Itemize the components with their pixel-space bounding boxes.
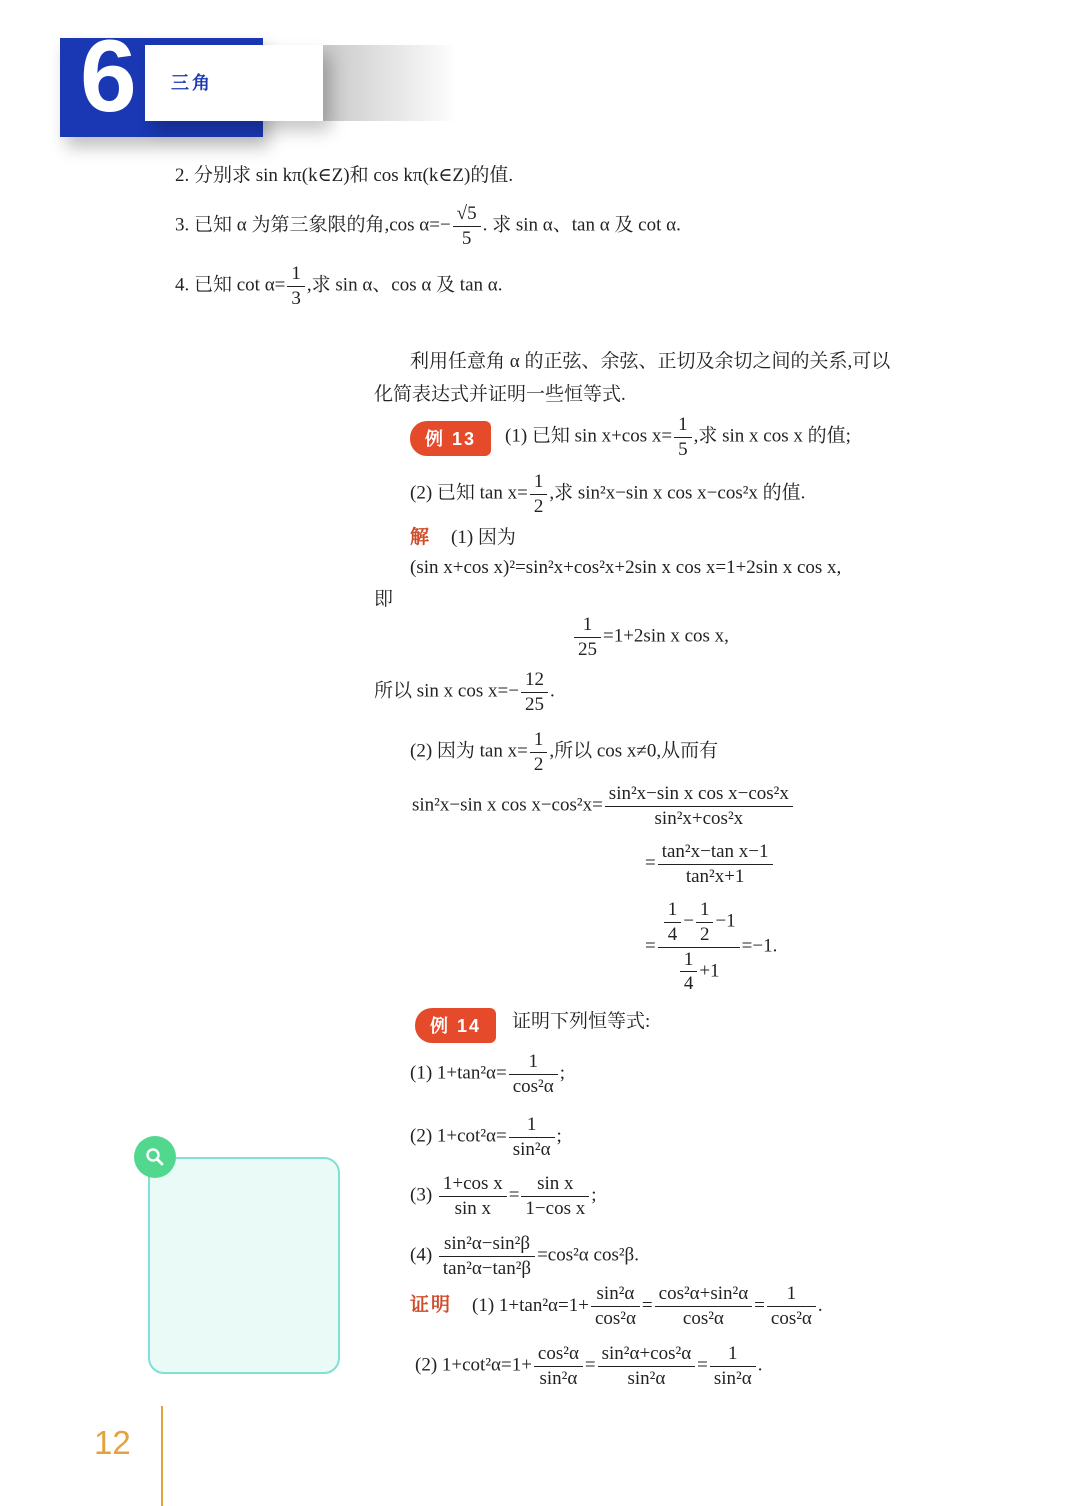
chapter-title: 三角	[171, 69, 213, 95]
example-14-item-1: (1) 1+tan²α=1cos²α;	[410, 1050, 565, 1099]
example-13-badge: 例 13	[410, 421, 491, 456]
solution-head-line: 解(1) 因为	[410, 526, 516, 551]
page-number: 12	[94, 1424, 131, 1462]
example-13-part-1: (1) 已知 sin x+cos x=15,求 sin x cos x 的值;	[505, 413, 851, 462]
intro-line-2: 化简表达式并证明一些恒等式.	[374, 383, 626, 408]
proof-line-2: (2) 1+cot²α=1+cos²αsin²α=sin²α+cos²αsin²…	[415, 1342, 762, 1391]
proof-line-1: (1) 1+tan²α=1+sin²αcos²α=cos²α+sin²αcos²…	[472, 1295, 823, 1316]
magnifier-icon	[134, 1136, 176, 1178]
solution-eq-3: 所以 sin x cos x=−1225.	[374, 668, 555, 717]
solution-eq-6: =14−12−114+1=−1.	[645, 898, 777, 996]
chapter-number: 6	[80, 20, 137, 132]
example-14-item-2: (2) 1+cot²α=1sin²α;	[410, 1113, 562, 1162]
solution-part2-head: (2) 因为 tan x=12,所以 cos x≠0,从而有	[410, 728, 718, 777]
example-14-item-3: (3) 1+cos xsin x=sin x1−cos x;	[410, 1172, 597, 1221]
solution-label: 解	[410, 527, 431, 548]
example-14-item-4: (4) sin²α−sin²βtan²α−tan²β=cos²α cos²β.	[410, 1232, 639, 1281]
example-14-head: 证明下列恒等式:	[512, 1010, 650, 1035]
solution-then: 即	[374, 588, 393, 613]
example-13-part-2: (2) 已知 tan x=12,求 sin²x−sin x cos x−cos²…	[410, 470, 805, 519]
solution-eq-5: =tan²x−tan x−1tan²x+1	[645, 840, 775, 889]
solution-eq-4: sin²x−sin x cos x−cos²x=sin²x−sin x cos …	[412, 782, 795, 831]
solution-eq-2: 125=1+2sin x cos x,	[572, 613, 729, 662]
note-box	[148, 1157, 340, 1374]
intro-line-1: 利用任意角 α 的正弦、余弦、正切及余切之间的关系,可以	[410, 350, 890, 375]
solution-eq-1: (sin x+cos x)²=sin²x+cos²x+2sin x cos x=…	[410, 556, 841, 581]
proof-label: 证明	[410, 1295, 452, 1316]
exercise-item-3: 3. 已知 α 为第三象限的角,cos α=−√55. 求 sin α、tan …	[175, 202, 681, 251]
magnifier-glyph	[143, 1145, 167, 1169]
textbook-page: 6 三角 2. 分别求 sin kπ(k∈Z)和 cos kπ(k∈Z)的值. …	[0, 0, 1080, 1506]
exercise-item-4: 4. 已知 cot α=13,求 sin α、cos α 及 tan α.	[175, 262, 502, 311]
chapter-tab-shadow	[323, 45, 458, 121]
footer-rule	[161, 1406, 163, 1506]
proof-line-1-wrap: 证明(1) 1+tan²α=1+sin²αcos²α=cos²α+sin²αco…	[410, 1282, 823, 1331]
solution-head-text: (1) 因为	[451, 527, 516, 548]
exercise-item-2: 2. 分别求 sin kπ(k∈Z)和 cos kπ(k∈Z)的值.	[175, 164, 513, 189]
example-14-badge: 例 14	[415, 1008, 496, 1043]
chapter-tab: 三角	[145, 45, 323, 121]
